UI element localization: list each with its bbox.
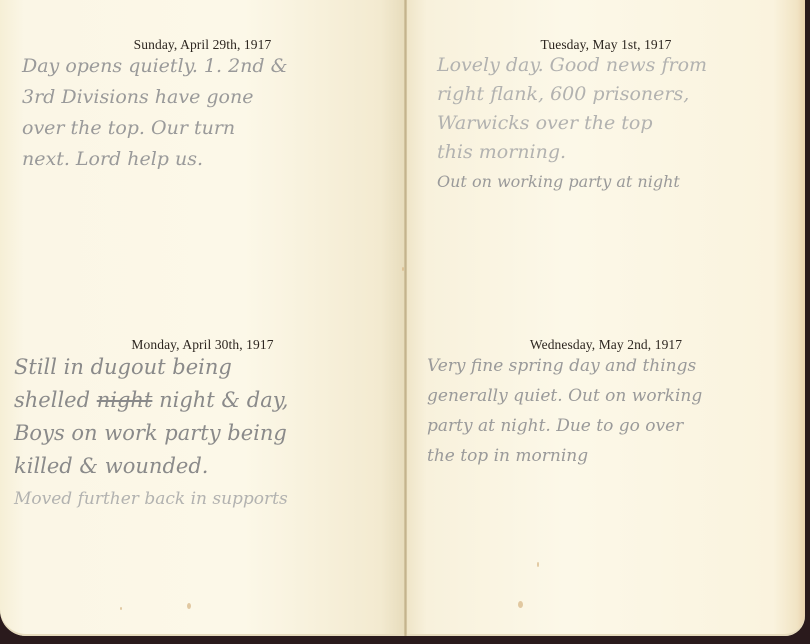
handwriting-line: Moved further back in supports — [14, 483, 405, 516]
right-page: Tuesday, May 1st, 1917 Lovely day. Good … — [407, 0, 805, 636]
handwriting-line: over the top. Our turn — [22, 113, 405, 144]
handwriting-line: Boys on work party being — [14, 417, 405, 450]
entry-handwriting: Very fine spring day and things generall… — [407, 351, 805, 471]
handwriting-line: Warwicks over the top — [437, 109, 805, 138]
handwriting-line: next. Lord help us. — [22, 144, 405, 175]
entry-handwriting: Day opens quietly. 1. 2nd & 3rd Division… — [0, 51, 405, 175]
diary-entry-may-1: Tuesday, May 1st, 1917 Lovely day. Good … — [407, 37, 805, 196]
handwriting-line: 3rd Divisions have gone — [22, 82, 405, 113]
open-diary: Sunday, April 29th, 1917 Day opens quiet… — [0, 0, 810, 644]
foxing-spot — [518, 601, 523, 608]
foxing-spot — [537, 562, 539, 567]
handwriting-line: shelled night night & day, — [14, 384, 405, 417]
handwriting-line: generally quiet. Out on working — [427, 381, 805, 411]
foxing-spot — [402, 267, 404, 271]
handwriting-line: this morning. — [437, 138, 805, 167]
handwriting-word: shelled — [14, 388, 90, 412]
handwriting-line: Day opens quietly. 1. 2nd & — [22, 51, 405, 82]
diary-entry-april-29: Sunday, April 29th, 1917 Day opens quiet… — [0, 37, 405, 175]
handwriting-line: Very fine spring day and things — [427, 351, 805, 381]
foxing-spot — [187, 603, 191, 609]
left-page: Sunday, April 29th, 1917 Day opens quiet… — [0, 0, 405, 636]
handwriting-line: killed & wounded. — [14, 450, 405, 483]
foxing-spot — [120, 607, 122, 610]
struck-out-word: night — [97, 388, 153, 412]
diary-entry-april-30: Monday, April 30th, 1917 Still in dugout… — [0, 337, 405, 516]
handwriting-line: Still in dugout being — [14, 351, 405, 384]
handwriting-line: the top in morning — [427, 441, 805, 471]
entry-handwriting: Lovely day. Good news from right flank, … — [407, 51, 805, 196]
diary-entry-may-2: Wednesday, May 2nd, 1917 Very fine sprin… — [407, 337, 805, 471]
handwriting-word: night & day, — [159, 388, 288, 412]
handwriting-line: Out on working party at night — [437, 167, 805, 196]
handwriting-line: right flank, 600 prisoners, — [437, 80, 805, 109]
handwriting-line: party at night. Due to go over — [427, 411, 805, 441]
entry-handwriting: Still in dugout being shelled night nigh… — [0, 351, 405, 516]
handwriting-line: Lovely day. Good news from — [437, 51, 805, 80]
